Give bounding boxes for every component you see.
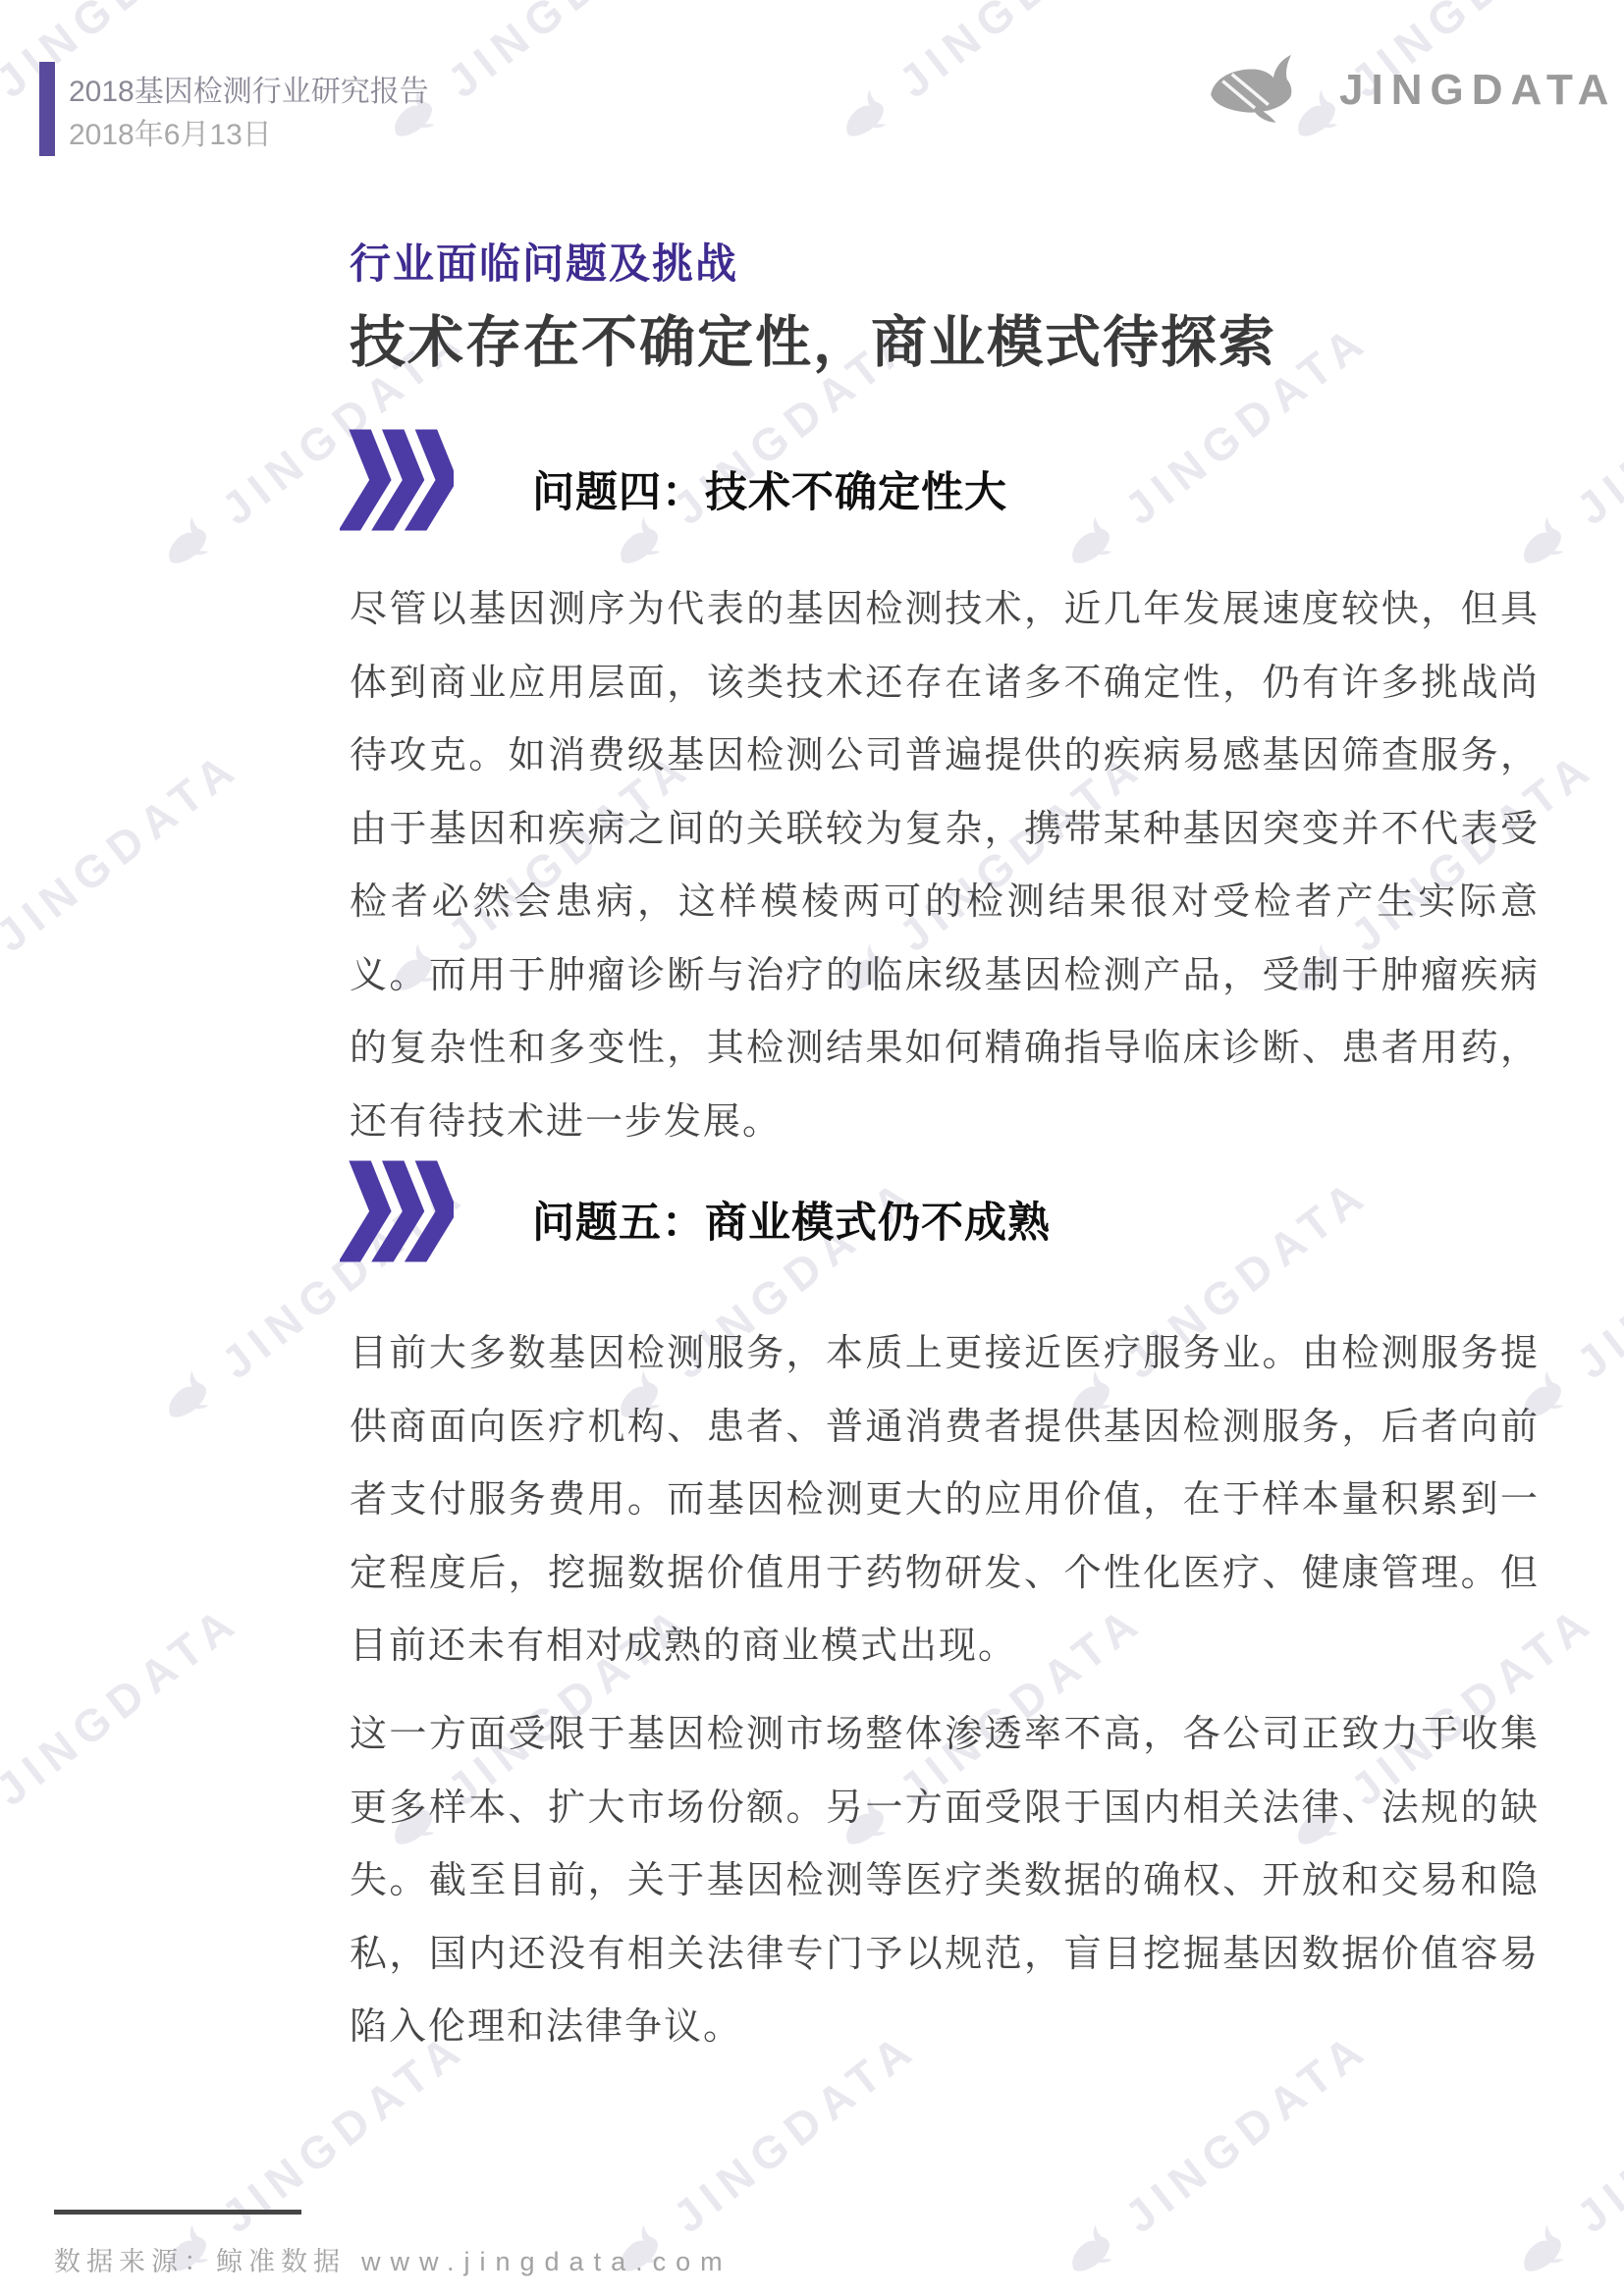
data-source: 数据来源：鲸准数据www.jingdata.com [54,2240,732,2278]
logo-text: JINGDATA [1339,66,1616,115]
header-accent-bar [39,62,55,156]
issue-heading-5: 问题五：商业模式仍不成熟 [532,1190,1051,1250]
report-title: 2018基因检测行业研究报告 [69,67,429,110]
issue-5-paragraph-1: 目前大多数基因检测服务，本质上更接近医疗服务业。由检测服务提供商面向医疗机构、患… [350,1317,1540,1683]
footer-divider [54,2210,301,2215]
report-date: 2018年6月13日 [69,110,272,153]
issue-4-paragraph-1: 尽管以基因测序为代表的基因检测技术，近几年发展速度较快，但具体到商业应用层面，该… [350,573,1540,1158]
triple-chevron-icon [340,429,454,531]
page-title: 技术存在不确定性，商业模式待探索 [350,297,1276,378]
report-page: JINGDATA JINGDATA JINGDATA JINGDATA JING… [0,0,1624,2296]
whale-icon [1206,51,1316,130]
jingdata-logo: JINGDATA [1206,51,1616,130]
data-source-label: 数据来源：鲸准数据 [54,2247,346,2276]
website-text: www.jingdata.com [361,2247,732,2276]
triple-chevron-icon [340,1160,454,1262]
section-label: 行业面临问题及挑战 [350,232,738,291]
issue-5-paragraph-2: 这一方面受限于基因检测市场整体渗透率不高，各公司正致力于收集更多样本、扩大市场份… [350,1698,1540,2064]
issue-heading-4: 问题四：技术不确定性大 [532,459,1007,519]
